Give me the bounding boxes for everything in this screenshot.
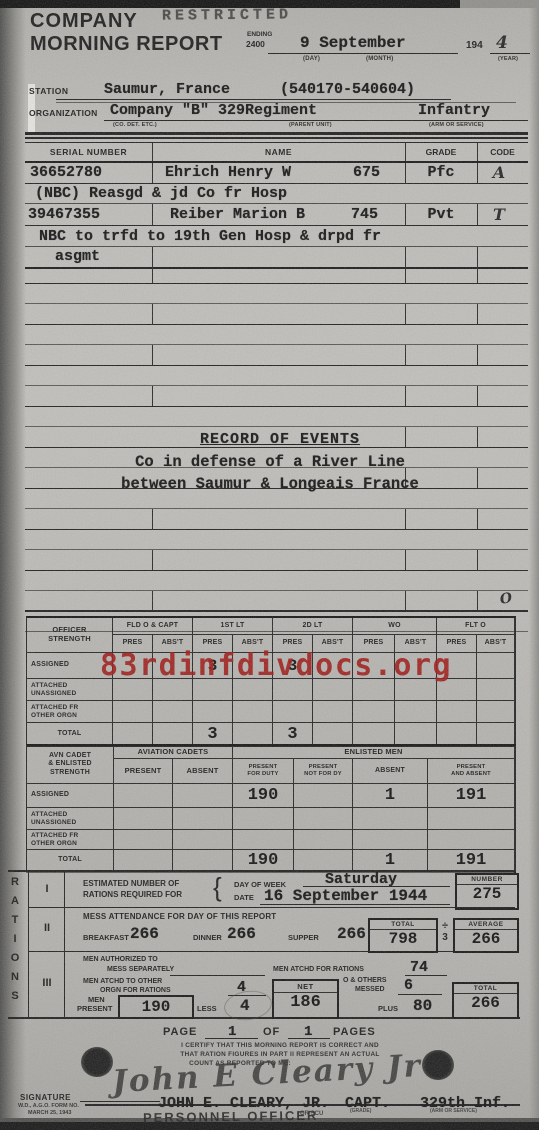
ending-label: ENDING: [247, 31, 272, 38]
supper-label: SUPPER: [288, 933, 319, 942]
rations-total-box: TOTAL 266: [452, 982, 519, 1019]
divider: [152, 550, 153, 570]
year-printed: 194: [466, 40, 483, 51]
others-value: 6: [404, 977, 413, 994]
roster-event-2: NBC to trfd to 19th Gen Hosp & drpd fr: [25, 226, 528, 247]
rations-letter: A: [8, 895, 22, 907]
ruled-row: [25, 304, 528, 325]
record-of-events-title: RECORD OF EVENTS: [100, 431, 460, 448]
sub-grade-label: (GRADE): [350, 1108, 371, 1114]
divider: [405, 204, 406, 225]
divider: [477, 386, 478, 406]
divider: [477, 143, 478, 161]
mess-total-label: TOTAL: [370, 920, 436, 930]
event-text: (NBC) Reasgd & jd Co fr Hosp: [35, 185, 287, 202]
divide-sign: ÷: [438, 920, 452, 932]
divider: [405, 304, 406, 324]
col-name: NAME: [152, 147, 405, 157]
ruled-row: [25, 366, 528, 386]
enlisted-strength-table: AVN CADET & ENLISTED STRENGTH AVIATION C…: [26, 744, 516, 873]
divider: [405, 386, 406, 406]
organization-value: Company "B" 329Regiment: [110, 102, 317, 119]
scan-top-bar-right: [460, 0, 539, 8]
divider: [405, 591, 406, 611]
divider: [477, 345, 478, 365]
divider: [152, 263, 153, 283]
signature-label: SIGNATURE: [20, 1093, 71, 1102]
restricted-stamp: RESTRICTED: [162, 6, 292, 24]
roster-row-2: 39467355 Reiber Marion B 745 Pvt T: [25, 204, 528, 226]
record-of-events-line2: between Saumur & Longeais France: [55, 475, 485, 493]
divider: [405, 550, 406, 570]
rations-total-label: TOTAL: [454, 984, 517, 994]
year-handwritten: 4: [496, 33, 508, 53]
enlisted-strength-header: AVN CADET & ENLISTED STRENGTH: [27, 746, 114, 784]
col-present-not-for-dy: PRESENT NOT FOR DY: [294, 759, 353, 784]
date-underline-2: [260, 904, 450, 905]
roster-row-1: 36652780 Ehrich Henry W 675 Pfc A: [25, 163, 528, 184]
ruled-row: [25, 571, 528, 591]
plus-label: PLUS: [378, 1004, 398, 1013]
col-absent-enlisted: ABSENT: [353, 759, 428, 784]
code-value: T: [477, 205, 521, 224]
divider: [477, 304, 478, 324]
ruled-row: [25, 407, 528, 427]
serial-value: 39467355: [28, 206, 100, 223]
ruled-row: [25, 386, 528, 407]
report-date-value: 9 September: [300, 34, 406, 52]
divider: [477, 427, 478, 447]
col-present-for-duty: PRESENT FOR DUTY: [233, 759, 294, 784]
number-value: 275: [457, 885, 517, 903]
divider: [152, 304, 153, 324]
code-value: A: [477, 163, 521, 182]
section-rule-2: [25, 137, 528, 139]
men-present-label-2: PRESENT: [77, 1004, 112, 1013]
mess-attendance-label: MESS ATTENDANCE FOR DAY OF THIS REPORT: [83, 912, 276, 921]
divider: [477, 204, 478, 225]
divider: [405, 263, 406, 283]
form-number: W.D., A.G.O. FORM NO.: [18, 1103, 79, 1109]
average-label: AVERAGE: [455, 920, 517, 930]
rations-letter: O: [8, 952, 22, 964]
divider: [152, 163, 153, 183]
row-assigned: ASSIGNED: [27, 784, 114, 808]
org-sub-co: (CO. DET. ETC.): [113, 122, 157, 128]
breakfast-value: 266: [130, 925, 159, 943]
ruled-row: [25, 530, 528, 550]
serial-value: 36652780: [30, 164, 102, 181]
supper-value: 266: [337, 925, 366, 943]
divider: [405, 345, 406, 365]
divider: [405, 163, 406, 183]
ruled-row: [25, 263, 528, 284]
net-label: NET: [274, 981, 337, 993]
auth-underline: [170, 975, 265, 976]
org-sub-arm: (ARM OR SERVICE): [429, 122, 484, 128]
grade-value: Pvt: [405, 206, 477, 223]
row-total: TOTAL: [27, 723, 113, 746]
total-absent: 1: [353, 850, 428, 871]
atchd-other-label-1: MEN ATCHD TO OTHER: [83, 978, 162, 985]
ruled-row: [25, 325, 528, 345]
total-2dlt-pres: 3: [273, 723, 313, 746]
atchd-other-label-2: ORGN FOR RATIONS: [100, 987, 171, 994]
divider: [152, 386, 153, 406]
org-sub-parent: (PARENT UNIT): [289, 122, 332, 128]
organization-label: ORGANIZATION: [29, 108, 98, 118]
event-text: NBC to trfd to 19th Gen Hosp & drpd fr: [39, 228, 381, 245]
estimated-label-2: RATIONS REQUIRED FOR: [83, 890, 182, 899]
watermark: 83rdinfdivdocs.org: [100, 648, 452, 683]
others-label-1: O & OTHERS: [343, 977, 387, 984]
divide-by: 3: [438, 932, 452, 943]
sub-scu-label: OR SCU: [300, 1111, 323, 1117]
divider: [152, 509, 153, 529]
row-attached-fr-other: ATTACHED FR OTHER ORGN: [27, 830, 114, 850]
ruled-row: [25, 591, 528, 612]
average-value: 266: [455, 930, 517, 948]
group-enlisted-men: ENLISTED MEN: [233, 746, 515, 759]
record-of-events-line1: Co in defense of a River Line: [60, 453, 480, 471]
station-underline: [56, 99, 451, 100]
mess-total-box: TOTAL 798: [368, 918, 438, 953]
divider: [477, 263, 478, 283]
rations-letter: I: [8, 933, 22, 945]
station-coords: (540170-540604): [280, 81, 415, 98]
divider: [152, 204, 153, 225]
date-underline: [268, 53, 458, 54]
breakfast-label: BREAKFAST: [83, 933, 129, 942]
punch-hole-right: [422, 1050, 454, 1080]
brace: {: [213, 872, 222, 903]
morning-report-scan: RESTRICTED COMPANY MORNING REPORT ENDING…: [0, 0, 539, 1130]
others-label-2: MESSED: [355, 986, 385, 993]
group-aviation-cadets: AVIATION CADETS: [114, 746, 233, 759]
form-date: MARCH 25, 1943: [28, 1110, 71, 1116]
col-grade: GRADE: [405, 147, 477, 157]
assigned-present-and-absent: 191: [428, 784, 515, 808]
col-present: PRESENT: [114, 759, 173, 784]
others-underline: [398, 994, 442, 995]
row-attached-unassigned: ATTACHED UNASSIGNED: [27, 808, 114, 830]
col-present-and-absent: PRESENT AND ABSENT: [428, 759, 515, 784]
assigned-present-for-duty: 190: [233, 784, 294, 808]
rations-vline-2: [64, 871, 65, 1019]
pen-mark: O: [499, 590, 514, 608]
men-present-label-1: MEN: [88, 995, 105, 1004]
date-label: DATE: [234, 893, 254, 902]
divider: [477, 163, 478, 183]
certify-line-1: I CERTIFY THAT THIS MORNING REPORT IS CO…: [120, 1042, 440, 1049]
col-code: CODE: [477, 147, 528, 157]
divider: [152, 345, 153, 365]
dinner-value: 266: [227, 925, 256, 943]
group-2d-lt: 2D LT: [273, 618, 353, 635]
ruled-row: [25, 550, 528, 571]
total-present-and-absent: 191: [428, 850, 515, 871]
mess-total-value: 798: [370, 930, 436, 948]
station-value: Saumur, France: [104, 81, 230, 98]
sub-arm-label: (ARM OR SERVICE): [430, 1108, 477, 1114]
year-underline: [490, 53, 530, 54]
divider: [405, 143, 406, 161]
divider: [152, 143, 153, 161]
row-attached-fr-other: ATTACHED FR OTHER ORGN: [27, 701, 113, 723]
form-title-line1: COMPANY: [30, 10, 138, 33]
group-1st-lt: 1ST LT: [193, 618, 273, 635]
name-value: Ehrich Henry W: [165, 164, 291, 181]
auth-label-1: MEN AUTHORIZED TO: [83, 956, 158, 963]
part-i-numeral: I: [30, 883, 64, 895]
organization-arm: Infantry: [418, 102, 490, 119]
rations-letter: R: [8, 876, 22, 888]
roster-table: SERIAL NUMBER NAME GRADE CODE 36652780 E…: [25, 142, 528, 269]
ending-time: 2400: [246, 39, 265, 49]
divider: [477, 509, 478, 529]
assigned-absent: 1: [353, 784, 428, 808]
group-wo: WO: [353, 618, 437, 635]
divider: [477, 550, 478, 570]
divider: [152, 591, 153, 611]
ruled-row: [25, 284, 528, 304]
page-number: 1: [228, 1024, 236, 1040]
divider: [405, 509, 406, 529]
number-label: NUMBER: [457, 875, 517, 885]
rations-rule-ii-iii: [28, 951, 515, 952]
rations-rule-i-ii: [28, 907, 515, 908]
rations-top-rule: [8, 870, 515, 872]
auth-label-2: MESS SEPARATELY: [107, 966, 174, 973]
net-box: NET 186: [272, 979, 339, 1019]
signature-dotline: [80, 1101, 160, 1102]
punch-hole-left: [81, 1047, 113, 1077]
mos-number: 745: [351, 206, 378, 223]
day-label: (DAY): [303, 56, 320, 62]
station-label: STATION: [29, 86, 69, 96]
pages-number: 1: [304, 1024, 312, 1040]
atchd-for-rations-label: MEN ATCHD FOR RATIONS: [273, 966, 364, 973]
of-label: OF: [263, 1026, 280, 1038]
men-present-box: 190: [118, 995, 194, 1019]
net-value: 186: [274, 993, 337, 1012]
section-rule-3: [25, 610, 528, 612]
double-rule: [26, 872, 514, 873]
grade-value: Pfc: [405, 164, 477, 181]
roster-header-row: SERIAL NUMBER NAME GRADE CODE: [25, 143, 528, 163]
ruled-row: [25, 345, 528, 366]
col-absent: ABSENT: [173, 759, 233, 784]
total-present-for-duty: 190: [233, 850, 294, 871]
pages-label: PAGES: [333, 1026, 376, 1038]
roster-event-1: (NBC) Reasgd & jd Co fr Hosp: [25, 184, 528, 204]
total-1stlt-pres: 3: [193, 723, 233, 746]
group-fldo-capt: FLD O & CAPT: [113, 618, 193, 635]
atchd-for-rations-value: 74: [410, 959, 428, 976]
page-label: PAGE: [163, 1026, 197, 1038]
number-box: NUMBER 275: [455, 873, 519, 910]
year-label: (YEAR): [498, 56, 518, 62]
part-iii-numeral: III: [30, 977, 64, 989]
date-value: 16 September 1944: [264, 887, 427, 905]
personnel-officer-stamp: PERSONNEL OFFICER: [143, 1108, 319, 1125]
section-rule-1: [25, 132, 528, 135]
rations-bottom-rule: [8, 1017, 520, 1019]
rations-letter: T: [8, 914, 22, 926]
less-label: LESS: [197, 1004, 217, 1013]
dinner-label: DINNER: [193, 933, 222, 942]
name-value: Reiber Marion B: [170, 206, 305, 223]
plus-value: 80: [413, 997, 432, 1015]
rations-total-value: 266: [454, 994, 517, 1012]
ruled-row: [25, 509, 528, 530]
col-serial-number: SERIAL NUMBER: [25, 147, 152, 157]
rations-letter: S: [8, 990, 22, 1002]
estimated-label-1: ESTIMATED NUMBER OF: [83, 879, 179, 888]
average-box: AVERAGE 266: [453, 918, 519, 953]
form-title-line2: MORNING REPORT: [30, 33, 223, 56]
men-present-value: 190: [120, 997, 192, 1017]
row-total: TOTAL: [27, 850, 114, 871]
scan-right-edge: [529, 8, 539, 1122]
divider: [477, 591, 478, 611]
abst-header: ABS'T: [477, 635, 515, 653]
month-label: (MONTH): [366, 56, 393, 62]
group-flt-o: FLT O: [437, 618, 515, 635]
rations-letter: N: [8, 971, 22, 983]
part-ii-numeral: II: [30, 922, 64, 934]
mos-number: 675: [353, 164, 380, 181]
